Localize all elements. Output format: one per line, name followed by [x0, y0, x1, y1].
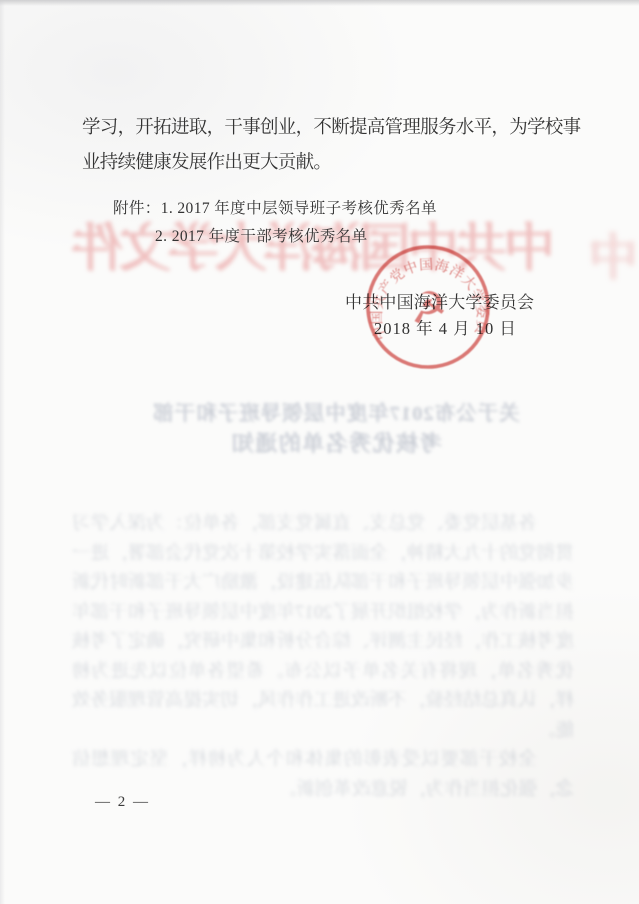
scanned-document-page: 中共中国海洋大学文件 中 关于公布2017年度中层领导班子和干部 考核优秀名单的… — [0, 0, 639, 904]
bleedthrough-letterhead-stray-glyph: 中 — [588, 218, 638, 290]
attachment-line-2: 2. 2017 年度干部考核优秀名单 — [155, 224, 368, 246]
body-paragraph-line-1: 学习，开拓进取，干事创业，不断提高管理服务水平，为学校事 — [82, 113, 580, 139]
page-number: — 2 — — [95, 794, 150, 811]
bleedthrough-body-block: 各基层党委、党总支、直属党支部，各单位：为深入学习贯彻党的十九大精神，全面落实学… — [72, 510, 574, 805]
party-emblem-icon: ☭ — [406, 281, 450, 335]
attachment-line-1: 附件：1. 2017 年度中层领导班子考核优秀名单 — [113, 196, 437, 218]
body-paragraph-line-2: 业持续健康发展作出更大贡献。 — [82, 148, 331, 174]
bleedthrough-paragraph-1: 各基层党委、党总支、直属党支部，各单位：为深入学习贯彻党的十九大精神，全面落实学… — [72, 510, 574, 746]
scan-edge-left — [0, 0, 5, 904]
scan-edge-top — [0, 0, 639, 6]
bleedthrough-title-line2: 考核优秀名单的通知 — [86, 429, 586, 459]
bleedthrough-title-line1: 关于公布2017年度中层领导班子和干部 — [86, 399, 586, 429]
official-seal: 中国共产党中国海洋大学委员会 ☭ — [360, 239, 496, 375]
bleedthrough-title-block: 关于公布2017年度中层领导班子和干部 考核优秀名单的通知 — [86, 399, 586, 459]
